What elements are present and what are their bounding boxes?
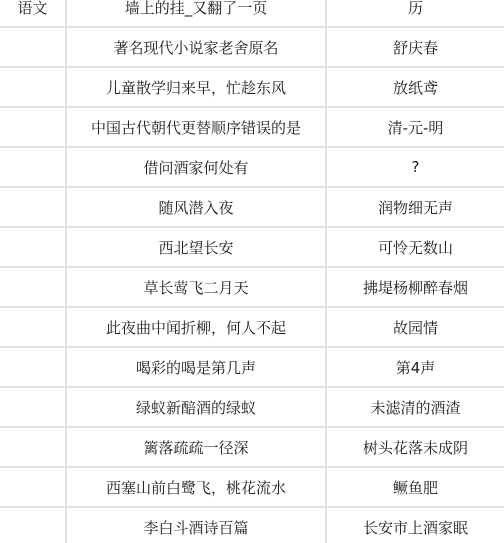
table-row: 中国古代朝代更替顺序错误的是 清-元-明 <box>0 108 504 148</box>
answer-cell: 第4声 <box>327 348 504 386</box>
question-cell: 此夜曲中闻折柳，何人不起 <box>67 308 327 346</box>
subject-cell: 语文 <box>0 0 67 26</box>
answer-cell: 未滤清的酒渣 <box>327 388 504 426</box>
question-cell: 西塞山前白鹭飞，桃花流水 <box>67 468 327 506</box>
subject-cell <box>0 468 67 506</box>
question-cell: 绿蚁新醅酒的绿蚁 <box>67 388 327 426</box>
question-cell: 借问酒家何处有 <box>67 148 327 186</box>
table-row: 随风潜入夜 润物细无声 <box>0 188 504 228</box>
answer-cell: 舒庆春 <box>327 28 504 66</box>
table-row: 语文 墙上的挂_又翻了一页 历 <box>0 0 504 28</box>
table-row: 喝彩的喝是第几声 第4声 <box>0 348 504 388</box>
answer-cell: 放纸鸢 <box>327 68 504 106</box>
question-cell: 随风潜入夜 <box>67 188 327 226</box>
table-row: 西北望长安 可怜无数山 <box>0 228 504 268</box>
table-row: 绿蚁新醅酒的绿蚁 未滤清的酒渣 <box>0 388 504 428</box>
table-row: 此夜曲中闻折柳，何人不起 故园情 <box>0 308 504 348</box>
answer-cell: 清-元-明 <box>327 108 504 146</box>
subject-cell <box>0 148 67 186</box>
subject-cell <box>0 388 67 426</box>
answer-cell: 故园情 <box>327 308 504 346</box>
table-row: 著名现代小说家老舍原名 舒庆春 <box>0 28 504 68</box>
question-cell: 草长莺飞二月天 <box>67 268 327 306</box>
answer-cell: 树头花落未成阴 <box>327 428 504 466</box>
table-row: 借问酒家何处有 ? <box>0 148 504 188</box>
table-row: 篱落疏疏一径深 树头花落未成阴 <box>0 428 504 468</box>
question-cell: 篱落疏疏一径深 <box>67 428 327 466</box>
subject-cell <box>0 268 67 306</box>
answer-cell: ? <box>327 148 504 186</box>
question-cell: 著名现代小说家老舍原名 <box>67 28 327 66</box>
subject-cell <box>0 508 67 543</box>
answer-cell: 润物细无声 <box>327 188 504 226</box>
quiz-answer-table: 语文 墙上的挂_又翻了一页 历 著名现代小说家老舍原名 舒庆春 儿童散学归来早，… <box>0 0 504 543</box>
question-cell: 墙上的挂_又翻了一页 <box>67 0 327 26</box>
subject-cell <box>0 68 67 106</box>
subject-cell <box>0 108 67 146</box>
answer-cell: 鳜鱼肥 <box>327 468 504 506</box>
question-cell: 李白斗酒诗百篇 <box>67 508 327 543</box>
answer-cell: 可怜无数山 <box>327 228 504 266</box>
subject-cell <box>0 308 67 346</box>
question-cell: 儿童散学归来早，忙趁东风 <box>67 68 327 106</box>
answer-cell: 历 <box>327 0 504 26</box>
answer-cell: 长安市上酒家眠 <box>327 508 504 543</box>
table-row: 西塞山前白鹭飞，桃花流水 鳜鱼肥 <box>0 468 504 508</box>
table-row: 儿童散学归来早，忙趁东风 放纸鸢 <box>0 68 504 108</box>
question-cell: 中国古代朝代更替顺序错误的是 <box>67 108 327 146</box>
subject-cell <box>0 348 67 386</box>
subject-cell <box>0 228 67 266</box>
table-row: 李白斗酒诗百篇 长安市上酒家眠 <box>0 508 504 543</box>
table-row: 草长莺飞二月天 拂堤杨柳醉春烟 <box>0 268 504 308</box>
subject-cell <box>0 28 67 66</box>
answer-cell: 拂堤杨柳醉春烟 <box>327 268 504 306</box>
question-cell: 喝彩的喝是第几声 <box>67 348 327 386</box>
question-cell: 西北望长安 <box>67 228 327 266</box>
subject-cell <box>0 428 67 466</box>
subject-cell <box>0 188 67 226</box>
